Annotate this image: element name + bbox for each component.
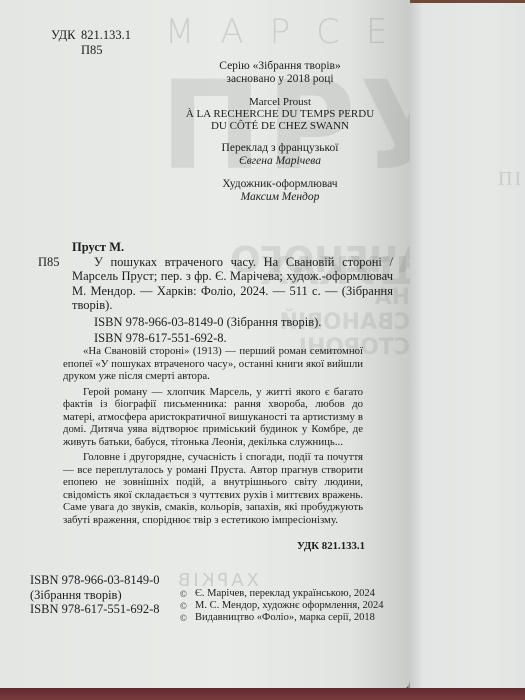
copyright-page: МАРСЕЛЬ ПРУСТ У ПОШУКАХ ВТРАЧЕНОГО НА СВ… (0, 0, 410, 690)
catalog-description: У пошуках втраченого часу. На Свановій с… (72, 255, 393, 313)
copyright-text: Видавництво «Фоліо», марка серії, 2018 (195, 612, 375, 624)
annotation-paragraph: Головне і другорядне, сучасність і спога… (63, 451, 363, 526)
copyright-row: © Є. Марічев, переклад українською, 2024 (180, 588, 383, 600)
copyright-text: М. С. Мендор, художнє оформлення, 2024 (195, 600, 383, 612)
series-note: Серію «Зібрання творів» засновано у 2018… (150, 60, 410, 86)
catalog-record: Пруст М. П85 У пошуках втраченого часу. … (38, 240, 393, 346)
copyright-text: Є. Марічев, переклад українською, 2024 (195, 588, 375, 600)
showthrough-author-first: МАРСЕЛЬ (165, 12, 410, 52)
catalog-index: П85 (38, 255, 60, 270)
original-author: Marcel Proust (150, 96, 410, 108)
artist-credit: Художник-оформлювач Максим Мендор (150, 178, 410, 204)
original-title-block: Marcel Proust À LA RECHERCHE DU TEMPS PE… (150, 96, 410, 132)
udk-bottom: УДК 821.133.1 (290, 540, 365, 552)
annotation-paragraph: Герой роману — хлопчик Марсель, у житті … (63, 386, 363, 449)
catalog-isbn-1: ISBN 978-966-03-8149-0 (Зібрання творів)… (38, 315, 393, 330)
udk-header: УДК 821.133.1 П85 (51, 28, 131, 58)
copyright-notices: © Є. Марічев, переклад українською, 2024… (180, 588, 383, 624)
original-title-line-2: DU CÔTÉ DE CHEZ SWANN (150, 120, 410, 132)
udk-label: УДК (51, 28, 81, 43)
copyright-icon: © (180, 588, 195, 600)
translation-credit: Переклад з французької Євгена Марічева (150, 142, 410, 168)
isbn-line-3: ISBN 978-617-551-692-8 (30, 602, 160, 617)
catalog-isbn-2: ISBN 978-617-551-692-8. (38, 331, 393, 346)
series-line-1: Серію «Зібрання творів» (150, 60, 410, 73)
right-page-ghost-text: ПІ (498, 168, 523, 191)
original-title-line-1: À LA RECHERCHE DU TEMPS PERDU (150, 108, 410, 120)
copyright-row: © М. С. Мендор, художнє оформлення, 2024 (180, 600, 383, 612)
isbn-line-1: ISBN 978-966-03-8149-0 (30, 573, 160, 588)
copyright-icon: © (180, 600, 195, 612)
artist-label: Художник-оформлювач (150, 178, 410, 191)
copyright-row: © Видавництво «Фоліо», марка серії, 2018 (180, 612, 383, 624)
copyright-icon: © (180, 612, 195, 624)
udk-code: 821.133.1 (81, 28, 131, 43)
translation-label: Переклад з французької (150, 142, 410, 155)
catalog-author-heading: Пруст М. (38, 240, 393, 255)
author-index: П85 (81, 43, 103, 58)
isbn-block: ISBN 978-966-03-8149-0 (Зібрання творів)… (30, 573, 160, 617)
catalog-entry: П85 У пошуках втраченого часу. На Сванов… (38, 255, 393, 313)
book-cover-edge (0, 688, 525, 700)
series-line-2: засновано у 2018 році (150, 73, 410, 86)
artist-name: Максим Мендор (150, 191, 410, 204)
isbn-line-2: (Зібрання творів) (30, 588, 160, 603)
translator-name: Євгена Марічева (150, 155, 410, 168)
right-page: ПІ (408, 3, 525, 693)
annotation-paragraph: «На Свановій стороні» (1913) — перший ро… (63, 345, 363, 383)
annotation: «На Свановій стороні» (1913) — перший ро… (63, 345, 363, 529)
